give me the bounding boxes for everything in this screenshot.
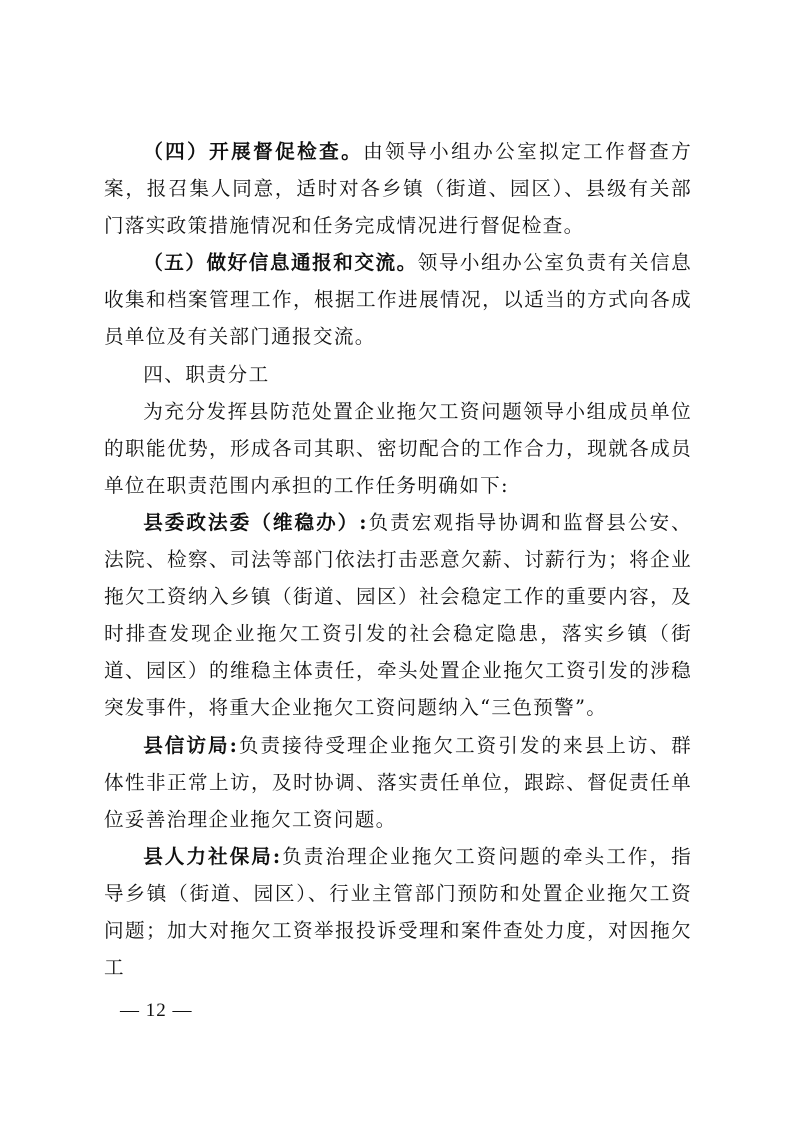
paragraph-text: 为充分发挥县防范处置企业拖欠工资问题领导小组成员单位的职能优势，形成各司其职、密… (104, 400, 692, 497)
paragraph-lead: 县人力社保局: (143, 845, 281, 868)
section-heading: 四、职责分工 (104, 356, 692, 393)
document-body: （四）开展督促检查。由领导小组办公室拟定工作督查方案，报召集人同意，适时对各乡镇… (104, 133, 692, 986)
paragraph-petition-bureau: 县信访局:负责接待受理企业拖欠工资引发的来县上访、群体性非正常上访，及时协调、落… (104, 727, 692, 838)
document-page: （四）开展督促检查。由领导小组办公室拟定工作督查方案，报召集人同意，适时对各乡镇… (0, 0, 794, 1123)
paragraph-lead: （四）开展督促检查。 (143, 140, 363, 163)
paragraph-text: 负责宏观指导协调和监督县公安、法院、检察、司法等部门依法打击恶意欠薪、讨薪行为；… (104, 511, 692, 719)
paragraph-lead: （五）做好信息通报和交流。 (143, 251, 418, 274)
paragraph-lead: 县委政法委（维稳办）: (143, 511, 368, 534)
paragraph-hr-social-security-bureau: 县人力社保局:负责治理企业拖欠工资问题的牵头工作，指导乡镇（街道、园区）、行业主… (104, 838, 692, 986)
page-number: — 12 — (120, 1000, 193, 1022)
paragraph-political-legal-committee: 县委政法委（维稳办）:负责宏观指导协调和监督县公安、法院、检察、司法等部门依法打… (104, 504, 692, 727)
paragraph-intro: 为充分发挥县防范处置企业拖欠工资问题领导小组成员单位的职能优势，形成各司其职、密… (104, 393, 692, 504)
paragraph-lead: 县信访局: (143, 734, 238, 757)
paragraph-supervision-check: （四）开展督促检查。由领导小组办公室拟定工作督查方案，报召集人同意，适时对各乡镇… (104, 133, 692, 244)
paragraph-info-exchange: （五）做好信息通报和交流。领导小组办公室负责有关信息收集和档案管理工作，根据工作… (104, 244, 692, 355)
